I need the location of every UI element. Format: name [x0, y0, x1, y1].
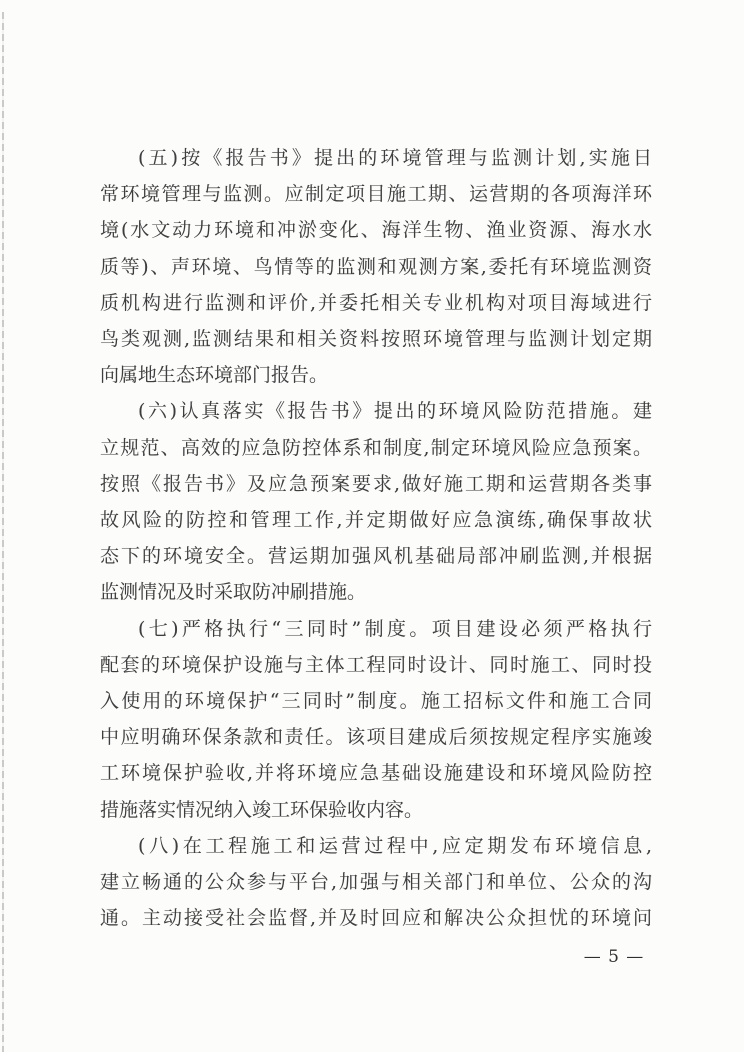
text-line: 常环境管理与监测。应制定项目施工期、运营期的各项海洋环 [100, 176, 652, 212]
document-body: (五)按《报告书》提出的环境管理与监测计划,实施日常环境管理与监测。应制定项目施… [100, 140, 652, 936]
text-line: (七)严格执行“三同时”制度。项目建设必须严格执行 [100, 611, 652, 647]
text-line: 配套的环境保护设施与主体工程同时设计、同时施工、同时投 [100, 647, 652, 683]
text-line: 立规范、高效的应急防控体系和制度,制定环境风险应急预案。 [100, 430, 652, 466]
text-line: 中应明确环保条款和责任。该项目建成后须按规定程序实施竣 [100, 719, 652, 755]
text-line: (五)按《报告书》提出的环境管理与监测计划,实施日 [100, 140, 652, 176]
text-line: 建立畅通的公众参与平台,加强与相关部门和单位、公众的沟 [100, 864, 652, 900]
text-line: 质等)、声环境、鸟情等的监测和观测方案,委托有环境监测资 [100, 249, 652, 285]
paragraph: (五)按《报告书》提出的环境管理与监测计划,实施日常环境管理与监测。应制定项目施… [100, 140, 652, 393]
text-line: 境(水文动力环境和冲淤变化、海洋生物、渔业资源、海水水 [100, 212, 652, 248]
text-line: 鸟类观测,监测结果和相关资料按照环境管理与监测计划定期 [100, 321, 652, 357]
text-line: 故风险的防控和管理工作,并定期做好应急演练,确保事故状 [100, 502, 652, 538]
text-line: 按照《报告书》及应急预案要求,做好施工期和运营期各类事 [100, 466, 652, 502]
text-line: 工环境保护验收,并将环境应急基础设施建设和环境风险防控 [100, 755, 652, 791]
paragraph: (八)在工程施工和运营过程中,应定期发布环境信息,建立畅通的公众参与平台,加强与… [100, 828, 652, 937]
paragraph: (七)严格执行“三同时”制度。项目建设必须严格执行配套的环境保护设施与主体工程同… [100, 611, 652, 828]
text-line: (八)在工程施工和运营过程中,应定期发布环境信息, [100, 828, 652, 864]
text-line: 质机构进行监测和评价,并委托相关专业机构对项目海域进行 [100, 285, 652, 321]
page-number: — 5 — [574, 947, 654, 967]
text-line: 措施落实情况纳入竣工环保验收内容。 [100, 792, 652, 828]
scanned-document-page: { "page": { "background": "#fcfcfb", "te… [0, 0, 744, 1052]
text-line: 监测情况及时采取防冲刷措施。 [100, 574, 652, 610]
text-line: 态下的环境安全。营运期加强风机基础局部冲刷监测,并根据 [100, 538, 652, 574]
scan-edge-artifact [2, 12, 4, 1052]
paragraph: (六)认真落实《报告书》提出的环境风险防范措施。建立规范、高效的应急防控体系和制… [100, 393, 652, 610]
text-line: (六)认真落实《报告书》提出的环境风险防范措施。建 [100, 393, 652, 429]
text-line: 入使用的环境保护“三同时”制度。施工招标文件和施工合同 [100, 683, 652, 719]
text-line: 向属地生态环境部门报告。 [100, 357, 652, 393]
text-line: 通。主动接受社会监督,并及时回应和解决公众担忧的环境问 [100, 900, 652, 936]
